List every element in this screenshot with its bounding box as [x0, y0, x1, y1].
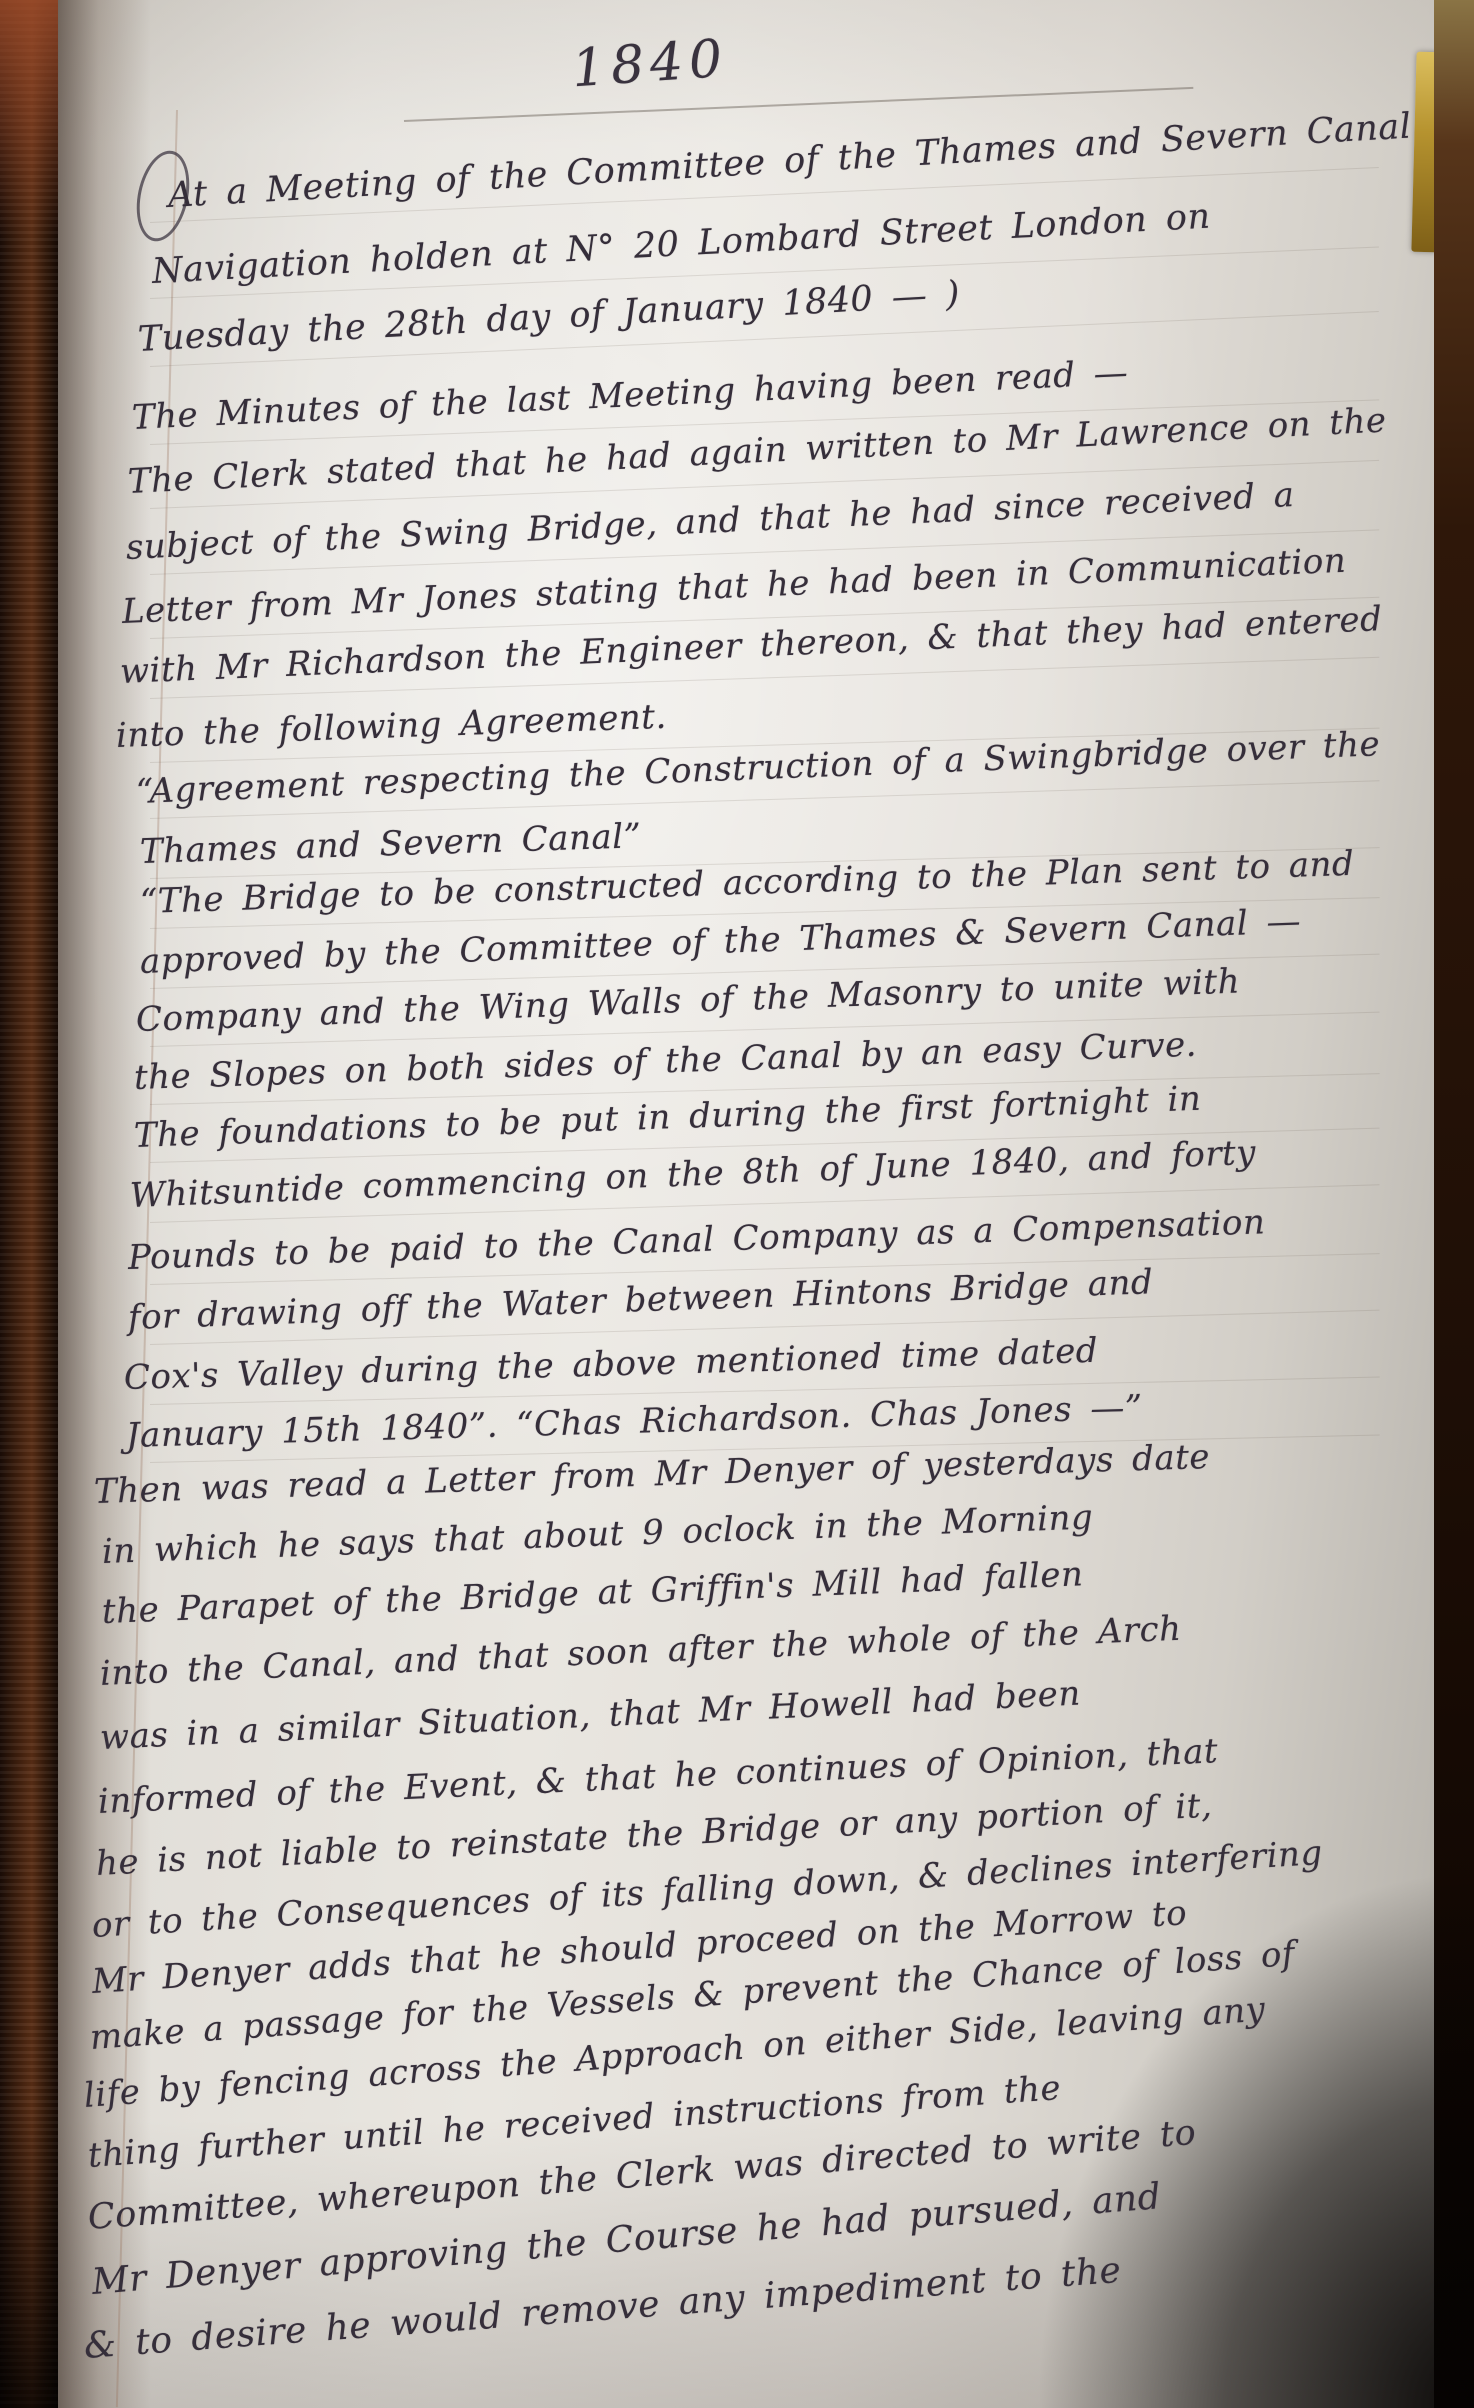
manuscript-photo: 1840 At a Meeting of the Committee of th…	[0, 0, 1474, 2408]
book-binding-left	[0, 0, 58, 2408]
